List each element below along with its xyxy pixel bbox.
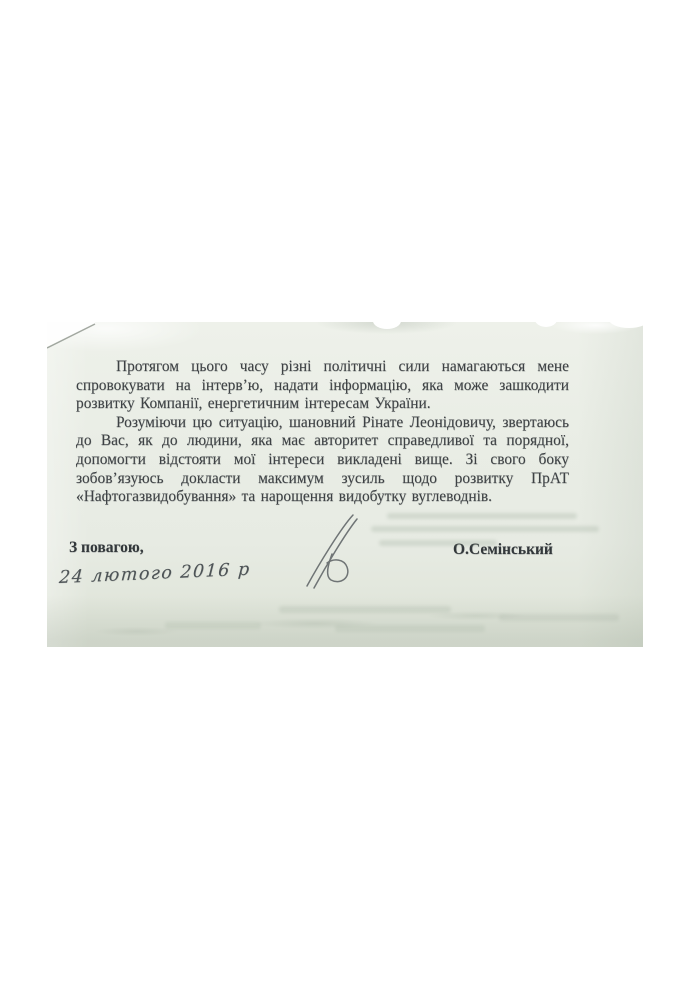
photo-edge-highlight bbox=[373, 313, 401, 329]
handwritten-date: 24 лютого 2016 р bbox=[58, 560, 251, 588]
letter-paragraph: Розуміючи цю ситуацію, шановний Рінате Л… bbox=[76, 414, 569, 507]
photo-bottom-shading bbox=[47, 595, 643, 647]
bleed-through-artifact bbox=[371, 526, 599, 532]
closing-salutation: З повагою, bbox=[69, 539, 144, 557]
photo-edge-highlight bbox=[609, 311, 649, 328]
signature-icon bbox=[299, 512, 365, 596]
photo-edge-highlight bbox=[535, 312, 557, 327]
corner-fold-mark bbox=[47, 322, 97, 352]
scanned-letter-photo: Протягом цього часу різні політичні сили… bbox=[47, 322, 643, 647]
bleed-through-artifact bbox=[387, 513, 577, 519]
page-background: Протягом цього часу різні політичні сили… bbox=[0, 0, 700, 990]
bleed-through-artifact bbox=[379, 540, 497, 546]
letter-paragraph: Протягом цього часу різні політичні сили… bbox=[76, 358, 569, 414]
letter-body: Протягом цього часу різні політичні сили… bbox=[76, 358, 569, 507]
